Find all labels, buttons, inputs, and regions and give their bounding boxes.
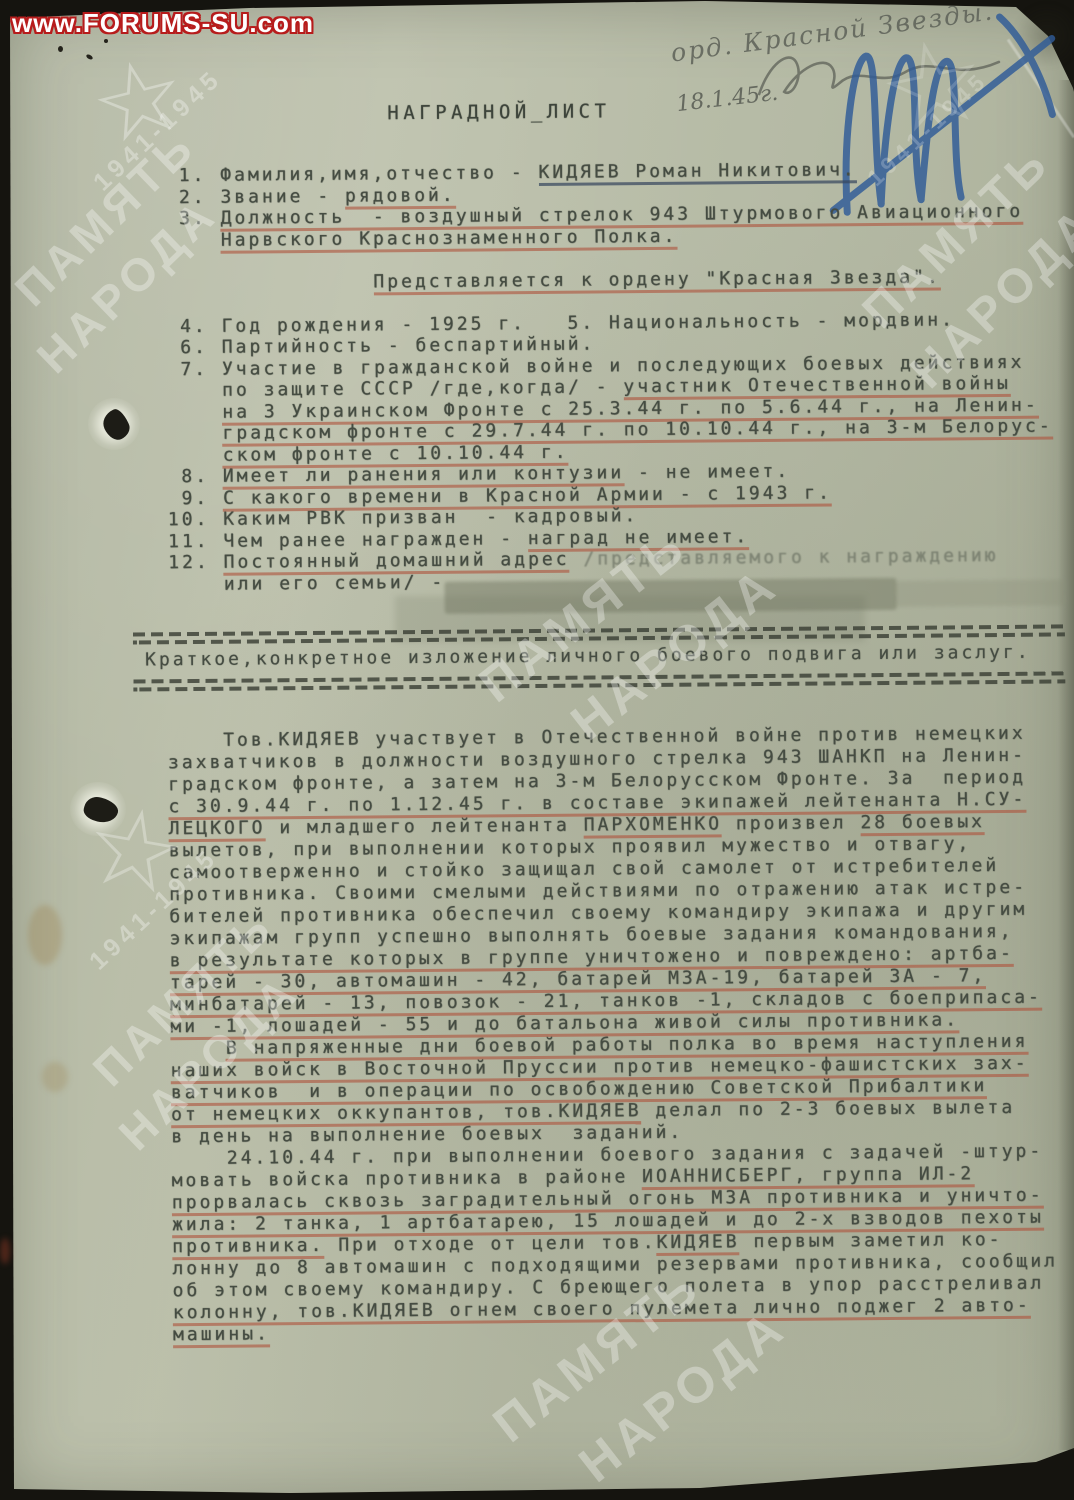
redaction-box <box>894 579 1064 606</box>
scanned-award-document: { "source_banner": { "text": "www.FORUMS… <box>0 0 1074 1500</box>
paper-speck <box>104 39 108 43</box>
source-watermark-banner: www.FORUMS-SU.com <box>12 8 314 39</box>
paper-speck <box>58 46 63 52</box>
citation-text: Тов.КИДЯЕВ участвует в Отечественной вой… <box>168 723 1059 1347</box>
paper-stain <box>28 905 62 965</box>
document-title: НАГРАДНОЙ_ЛИСТ <box>387 100 610 124</box>
paper-stain <box>42 1062 68 1092</box>
paper-stain <box>0 1238 10 1264</box>
